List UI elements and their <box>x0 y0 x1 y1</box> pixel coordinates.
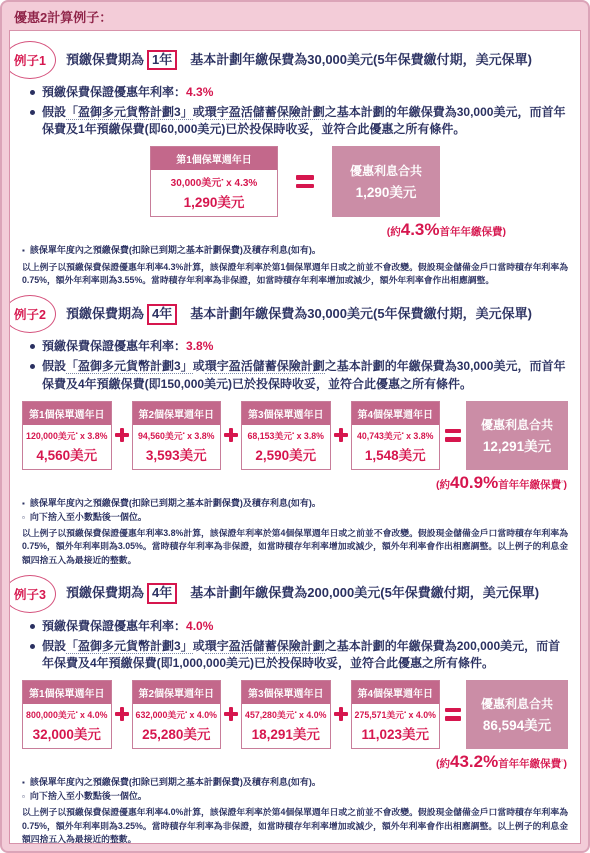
title-prefix: 預繳保費期為 <box>66 585 144 600</box>
example-3-calculation: 第1個保單週年日 800,000美元▪ x 4.0% 32,000美元 第2個保… <box>22 680 568 749</box>
prepayment-period-highlight: 4年 <box>147 583 177 604</box>
example-3: 例子3 預繳保費期為4年基本計劃年繳保費為200,000美元(5年保費繳付期，美… <box>22 575 568 844</box>
result-value: 12,291美元 <box>483 435 551 455</box>
example-3-badge: 例子3 <box>9 575 56 613</box>
policy-anniversary-box-2: 第2個保單週年日 94,560美元▪ x 3.8% 3,593美元 <box>132 401 222 470</box>
footnote: ▫ 向下捨入至小數點後一個位。 <box>22 790 568 804</box>
plus-icon <box>334 428 348 442</box>
assume-mid: 或 <box>193 105 205 119</box>
title-prefix: 預繳保費期為 <box>66 306 144 321</box>
example-3-header: 例子3 預繳保費期為4年基本計劃年繳保費為200,000美元(5年保費繳付期，美… <box>22 575 568 613</box>
calculation-formula: 68,153美元▪ x 3.8% <box>243 429 329 442</box>
rate-value: 4.3% <box>186 85 213 99</box>
footnote-marker: ▫ <box>22 790 25 804</box>
result-box: 優惠利息合共 1,290美元 <box>332 146 440 217</box>
rate-value: 3.8% <box>186 339 213 353</box>
example-1-title: 預繳保費期為1年基本計劃年繳保費為30,000美元(5年保費繳付期，美元保單) <box>66 50 532 71</box>
footnote-marker: ▪ <box>22 244 25 258</box>
plus-icon <box>224 428 238 442</box>
plus-icon <box>115 428 129 442</box>
plan-name-2: 環宇盈活儲蓄保險計劃 <box>205 639 325 654</box>
anniversary-box-header: 第2個保單週年日 <box>133 681 221 704</box>
assumption-bullet: 假設「盈御多元貨幣計劃3」或環宇盈活儲蓄保險計劃之基本計劃的年繳保費為200,0… <box>28 638 568 672</box>
example-3-bullets: 預繳保費保證優惠年利率：4.0% 假設「盈御多元貨幣計劃3」或環宇盈活儲蓄保險計… <box>28 618 568 672</box>
percentage-of-premium-line: (約4.3%首年年繳保費) <box>22 220 568 240</box>
example-2-title: 預繳保費期為4年基本計劃年繳保費為30,000美元(5年保費繳付期，美元保單) <box>66 304 532 325</box>
assume-mid: 或 <box>193 639 205 653</box>
title-rest: 基本計劃年繳保費為200,000美元(5年保費繳付期，美元保單) <box>190 585 539 600</box>
rate-value: 4.0% <box>186 619 213 633</box>
result-box: 優惠利息合共 12,291美元 <box>466 401 568 470</box>
footnote-text: 該保單年度內之預繳保費(扣除已到期之基本計劃保費)及積存利息(如有)。 <box>30 244 321 258</box>
footnote-marker: ▪ <box>22 497 25 511</box>
plan-name-2: 環宇盈活儲蓄保險計劃 <box>205 359 325 374</box>
footnote: ▫ 向下捨入至小數點後一個位。 <box>22 511 568 525</box>
result-value: 86,594美元 <box>483 714 551 734</box>
result-box: 優惠利息合共 86,594美元 <box>466 680 568 749</box>
policy-anniversary-box-4: 第4個保單週年日 275,571美元▪ x 4.0% 11,023美元 <box>351 680 441 749</box>
equals-icon <box>296 171 314 192</box>
percentage-of-premium-line: (約40.9%首年年繳保費▫) <box>22 473 568 493</box>
footnote-marker: ▫ <box>22 511 25 525</box>
footnote: ▪ 該保單年度內之預繳保費(扣除已到期之基本計劃保費)及積存利息(如有)。 <box>22 244 568 258</box>
disclaimer-paragraph: 以上例子以預繳保費保證優惠年利率4.3%計算，該保證年利率於第1個保單週年日或之… <box>22 261 568 287</box>
example-1-bullets: 預繳保費保證優惠年利率：4.3% 假設「盈御多元貨幣計劃3」或環宇盈活儲蓄保險計… <box>28 84 568 138</box>
policy-anniversary-box-3: 第3個保單週年日 68,153美元▪ x 3.8% 2,590美元 <box>241 401 331 470</box>
prepayment-period-highlight: 4年 <box>147 304 177 325</box>
footnote-text: 該保單年度內之預繳保費(扣除已到期之基本計劃保費)及積存利息(如有)。 <box>30 776 321 790</box>
anniversary-box-header: 第4個保單週年日 <box>352 402 440 425</box>
formula-rate: x 4.3% <box>223 178 257 189</box>
calculation-formula: 632,000美元▪ x 4.0% <box>134 708 220 721</box>
example-2-header: 例子2 預繳保費期為4年基本計劃年繳保費為30,000美元(5年保費繳付期，美元… <box>22 295 568 333</box>
interest-amount: 2,590美元 <box>243 444 329 464</box>
footnote-text: 向下捨入至小數點後一個位。 <box>30 511 147 525</box>
plus-icon <box>224 707 238 721</box>
rate-label: 預繳保費保證優惠年利率： <box>42 619 186 633</box>
assume-lead: 假設 <box>42 105 66 119</box>
assumption-bullet: 假設「盈御多元貨幣計劃3」或環宇盈活儲蓄保險計劃之基本計劃的年繳保費為30,00… <box>28 358 568 392</box>
assumption-bullet: 假設「盈御多元貨幣計劃3」或環宇盈活儲蓄保險計劃之基本計劃的年繳保費為30,00… <box>28 104 568 138</box>
interest-amount: 4,560美元 <box>24 444 110 464</box>
anniversary-box-header: 第4個保單週年日 <box>352 681 440 704</box>
anniversary-box-header: 第1個保單週年日 <box>151 147 277 170</box>
rate-bullet: 預繳保費保證優惠年利率：4.0% <box>28 618 568 635</box>
interest-amount: 11,023美元 <box>353 723 439 743</box>
example-1-badge: 例子1 <box>9 41 56 79</box>
calculation-formula: 275,571美元▪ x 4.0% <box>353 708 439 721</box>
percentage-of-premium-line: (約43.2%首年年繳保費▫) <box>22 752 568 772</box>
footnote-marker: ▪ <box>22 776 25 790</box>
percentage-value: 40.9% <box>450 473 498 492</box>
calculation-formula: 800,000美元▪ x 4.0% <box>24 708 110 721</box>
assume-mid: 或 <box>193 359 205 373</box>
example-1-header: 例子1 預繳保費期為1年基本計劃年繳保費為30,000美元(5年保費繳付期，美元… <box>22 41 568 79</box>
interest-amount: 1,548美元 <box>353 444 439 464</box>
plan-name-2: 環宇盈活儲蓄保險計劃 <box>205 105 325 120</box>
rate-bullet: 預繳保費保證優惠年利率：4.3% <box>28 84 568 101</box>
result-value: 1,290美元 <box>356 181 417 201</box>
policy-anniversary-box-1: 第1個保單週年日 120,000美元▪ x 3.8% 4,560美元 <box>22 401 112 470</box>
example-1: 例子1 預繳保費期為1年基本計劃年繳保費為30,000美元(5年保費繳付期，美元… <box>22 41 568 287</box>
policy-anniversary-box-2: 第2個保單週年日 632,000美元▪ x 4.0% 25,280美元 <box>132 680 222 749</box>
section-title: 優惠2計算例子： <box>14 7 112 26</box>
interest-amount: 18,291美元 <box>243 723 329 743</box>
equals-icon <box>445 425 461 446</box>
anniversary-box-header: 第1個保單週年日 <box>23 402 111 425</box>
prepayment-period-highlight: 1年 <box>147 50 177 71</box>
assume-lead: 假設 <box>42 359 66 373</box>
rate-label: 預繳保費保證優惠年利率： <box>42 85 186 99</box>
example-2-bullets: 預繳保費保證優惠年利率：3.8% 假設「盈御多元貨幣計劃3」或環宇盈活儲蓄保險計… <box>28 338 568 392</box>
footnote: ▪ 該保單年度內之預繳保費(扣除已到期之基本計劃保費)及積存利息(如有)。 <box>22 776 568 790</box>
calculation-formula: 120,000美元▪ x 3.8% <box>24 429 110 442</box>
interest-amount: 25,280美元 <box>134 723 220 743</box>
section-header: 優惠2計算例子： <box>2 2 588 30</box>
calculation-formula: 94,560美元▪ x 3.8% <box>134 429 220 442</box>
policy-anniversary-box-1: 第1個保單週年日 800,000美元▪ x 4.0% 32,000美元 <box>22 680 112 749</box>
plan-name-1: 「盈御多元貨幣計劃3」 <box>66 639 193 654</box>
offer-examples-page: 優惠2計算例子： 例子1 預繳保費期為1年基本計劃年繳保費為30,000美元(5… <box>0 0 590 853</box>
title-prefix: 預繳保費期為 <box>66 52 144 67</box>
result-label: 優惠利息合共 <box>481 416 553 433</box>
result-label: 優惠利息合共 <box>481 695 553 712</box>
disclaimer-paragraph: 以上例子以預繳保費保證優惠年利率3.8%計算，該保證年利率於第4個保單週年日或之… <box>22 527 568 567</box>
content-panel: 例子1 預繳保費期為1年基本計劃年繳保費為30,000美元(5年保費繳付期，美元… <box>9 30 581 844</box>
example-2-badge: 例子2 <box>9 295 56 333</box>
interest-amount: 32,000美元 <box>24 723 110 743</box>
title-rest: 基本計劃年繳保費為30,000美元(5年保費繳付期，美元保單) <box>190 306 532 321</box>
rate-bullet: 預繳保費保證優惠年利率：3.8% <box>28 338 568 355</box>
policy-anniversary-box-3: 第3個保單週年日 457,280美元▪ x 4.0% 18,291美元 <box>241 680 331 749</box>
plus-icon <box>334 707 348 721</box>
calculation-formula: 40,743美元▪ x 3.8% <box>353 429 439 442</box>
formula-amount: 30,000美元 <box>171 178 222 189</box>
example-3-title: 預繳保費期為4年基本計劃年繳保費為200,000美元(5年保費繳付期，美元保單) <box>66 583 539 604</box>
percentage-value: 43.2% <box>450 752 498 771</box>
equals-icon <box>445 704 461 725</box>
example-2-calculation: 第1個保單週年日 120,000美元▪ x 3.8% 4,560美元 第2個保單… <box>22 401 568 470</box>
footnote: ▪ 該保單年度內之預繳保費(扣除已到期之基本計劃保費)及積存利息(如有)。 <box>22 497 568 511</box>
disclaimer-paragraph: 以上例子以預繳保費保證優惠年利率4.0%計算，該保證年利率於第4個保單週年日或之… <box>22 806 568 844</box>
example-2: 例子2 預繳保費期為4年基本計劃年繳保費為30,000美元(5年保費繳付期，美元… <box>22 295 568 566</box>
interest-amount: 1,290美元 <box>152 191 276 211</box>
footnote-text: 向下捨入至小數點後一個位。 <box>30 790 147 804</box>
plus-icon <box>115 707 129 721</box>
policy-anniversary-box-1: 第1個保單週年日 30,000美元▪ x 4.3% 1,290美元 <box>150 146 278 217</box>
result-label: 優惠利息合共 <box>350 162 422 179</box>
anniversary-box-header: 第3個保單週年日 <box>242 402 330 425</box>
title-rest: 基本計劃年繳保費為30,000美元(5年保費繳付期，美元保單) <box>190 52 532 67</box>
percentage-value: 4.3% <box>401 220 440 239</box>
calculation-formula: 457,280美元▪ x 4.0% <box>243 708 329 721</box>
calculation-formula: 30,000美元▪ x 4.3% <box>152 174 276 189</box>
plan-name-1: 「盈御多元貨幣計劃3」 <box>66 105 193 120</box>
anniversary-box-header: 第2個保單週年日 <box>133 402 221 425</box>
anniversary-box-header: 第1個保單週年日 <box>23 681 111 704</box>
interest-amount: 3,593美元 <box>134 444 220 464</box>
plan-name-1: 「盈御多元貨幣計劃3」 <box>66 359 193 374</box>
assume-lead: 假設 <box>42 639 66 653</box>
policy-anniversary-box-4: 第4個保單週年日 40,743美元▪ x 3.8% 1,548美元 <box>351 401 441 470</box>
rate-label: 預繳保費保證優惠年利率： <box>42 339 186 353</box>
anniversary-box-header: 第3個保單週年日 <box>242 681 330 704</box>
example-1-calculation: 第1個保單週年日 30,000美元▪ x 4.3% 1,290美元 優惠利息合共… <box>22 146 568 217</box>
footnote-text: 該保單年度內之預繳保費(扣除已到期之基本計劃保費)及積存利息(如有)。 <box>30 497 321 511</box>
